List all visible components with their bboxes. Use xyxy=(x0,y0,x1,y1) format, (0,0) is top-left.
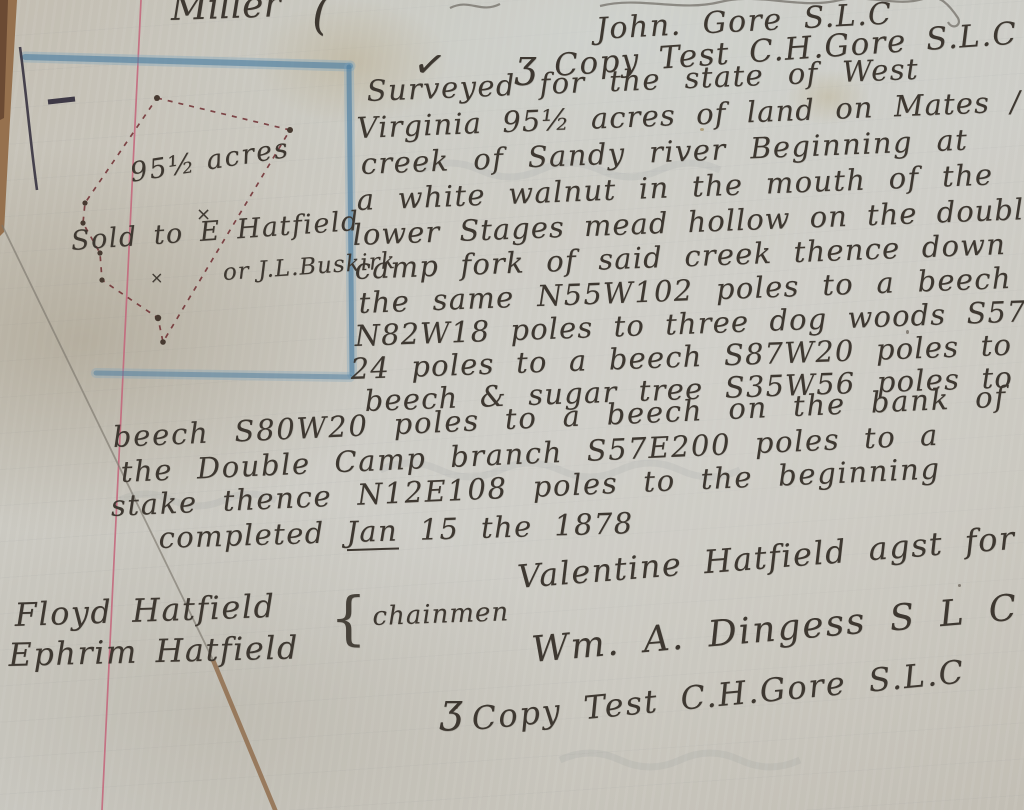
margin-cross-mark xyxy=(20,47,75,190)
book-binding-shadow xyxy=(0,0,8,120)
pink-margin-line xyxy=(102,0,141,810)
plat-acreage-label: 95½ acres xyxy=(128,133,292,189)
completion-month-underlined: Jan xyxy=(346,513,399,551)
chainmen-label: chainmen xyxy=(372,597,510,632)
open-paren-mark: ( xyxy=(312,0,330,40)
paper-crease-stain xyxy=(213,660,276,810)
chainman-2-name: Ephrim Hatfield xyxy=(8,628,299,674)
completion-pre: completed xyxy=(158,515,347,555)
plat-x-mark-2: × xyxy=(150,268,163,287)
book-binding-edge xyxy=(0,0,17,236)
paper-speck xyxy=(455,706,458,709)
chainmen-brace: { xyxy=(330,584,367,652)
plat-sold-label: Sold to E Hatfield xyxy=(70,206,361,257)
ledger-page: Miller ( ✓ John. Gore S.L.C ʒ Copy Test … xyxy=(0,0,1024,810)
chainman-1-name: Floyd Hatfield xyxy=(14,587,276,634)
paper-speck xyxy=(906,330,909,334)
top-left-note: Miller xyxy=(170,0,281,29)
section-mark-bottom: ʒ xyxy=(440,686,463,732)
paper-speck xyxy=(700,128,704,131)
paper-speck xyxy=(958,584,961,587)
completion-post: 15 the 1878 xyxy=(397,506,634,547)
